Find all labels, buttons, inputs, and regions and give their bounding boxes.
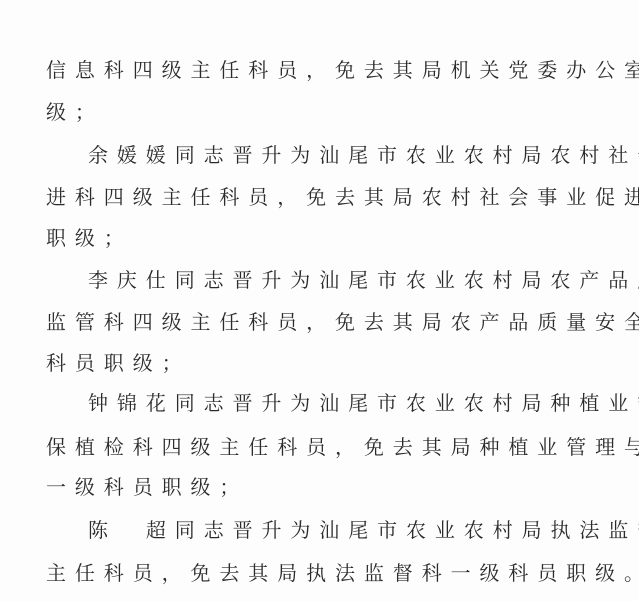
paragraph-3-line-3: 科员职级； bbox=[46, 348, 191, 378]
paragraph-3-line-1: 李庆仕同志晋升为汕尾市农业农村局农产品质量安全 bbox=[88, 265, 639, 295]
paragraph-1-line-2: 级； bbox=[46, 97, 104, 127]
paragraph-4-line-1: 钟锦花同志晋升为汕尾市农业农村局种植业管理与植 bbox=[88, 388, 639, 418]
paragraph-3-line-2: 监管科四级主任科员，免去其局农产品质量安全监管科一级 bbox=[46, 307, 639, 337]
paragraph-5-line-2: 主任科员，免去其局执法监督科一级科员职级。 bbox=[46, 558, 639, 588]
person-name-part-1: 陈 bbox=[88, 518, 117, 542]
paragraph-5-line-1: 陈超同志晋升为汕尾市农业农村局执法监督科四级 bbox=[88, 515, 639, 545]
paragraph-2-line-2: 进科四级主任科员，免去其局农村社会事业促进科一级科员 bbox=[46, 182, 639, 212]
document-page: 信息科四级主任科员，免去其局机关党委办公室一级科员职 级； 余媛媛同志晋升为汕尾… bbox=[0, 0, 639, 601]
paragraph-2-line-1: 余媛媛同志晋升为汕尾市农业农村局农村社会事业促 bbox=[88, 140, 639, 170]
paragraph-2-line-3: 职级； bbox=[46, 223, 133, 253]
paragraph-4-line-3: 一级科员职级； bbox=[46, 472, 248, 502]
paragraph-4-line-2: 保植检科四级主任科员，免去其局种植业管理与植保植检科 bbox=[46, 432, 639, 462]
paragraph-5-line-1-rest: 超同志晋升为汕尾市农业农村局执法监督科四级 bbox=[146, 518, 639, 542]
paragraph-1-line-1: 信息科四级主任科员，免去其局机关党委办公室一级科员职 bbox=[46, 55, 639, 85]
